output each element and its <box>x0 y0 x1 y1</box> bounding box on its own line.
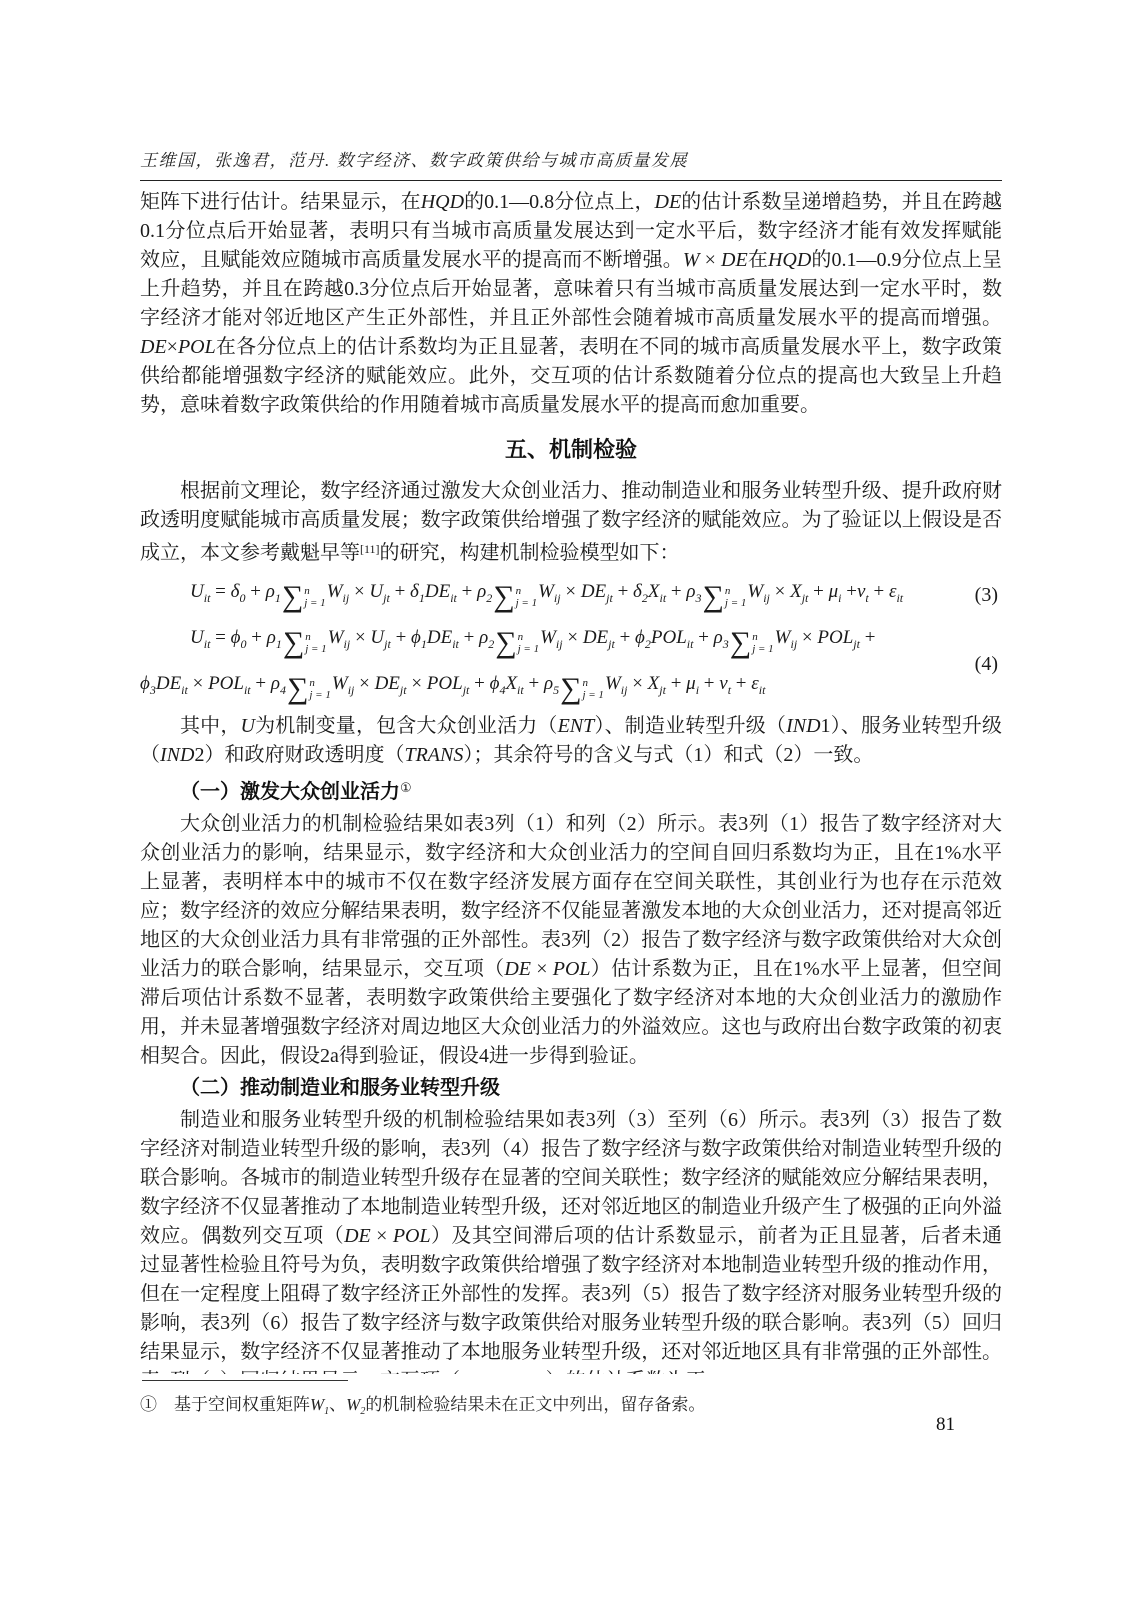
subsection-title-industry-upgrade: （二）推动制造业和服务业转型升级 <box>140 1074 1002 1103</box>
equation-4-line-2: ϕ3DEit × POLit + ρ4∑nj = 1Wij × DEjt × P… <box>140 664 975 710</box>
footnote: ① 基于空间权重矩阵W1、W2的机制检验结果未在正文中列出，留存备索。 <box>140 1392 1002 1419</box>
header-rule <box>140 180 1002 181</box>
paragraph-quantile-results: 矩阵下进行估计。结果显示，在HQD的0.1—0.8分位点上，DE的估计系数呈递增… <box>140 188 1002 420</box>
paragraph-industry-upgrade-results: 制造业和服务业转型升级的机制检验结果如表3列（3）至列（6）所示。表3列（3）报… <box>140 1106 1002 1374</box>
subsection-title-entrepreneurship: （一）激发大众创业活力① <box>140 773 1002 807</box>
paragraph-entrepreneurship-results: 大众创业活力的机制检验结果如表3列（1）和列（2）所示。表3列（1）报告了数字经… <box>140 810 1002 1071</box>
page-content: 王维国，张逸君，范丹. 数字经济、数字政策供给与城市高质量发展 矩阵下进行估计。… <box>140 146 1002 1374</box>
equation-block: Uit = δ0 + ρ1∑nj = 1Wij × Ujt + δ1DEit +… <box>140 572 1002 710</box>
equation-4-body: Uit = ϕ0 + ρ1∑nj = 1Wij × Ujt + ϕ1DEit +… <box>140 618 975 710</box>
equation-3-body: Uit = δ0 + ρ1∑nj = 1Wij × Ujt + δ1DEit +… <box>140 572 975 618</box>
paper-page: 王维国，张逸君，范丹. 数字经济、数字政策供给与城市高质量发展 矩阵下进行估计。… <box>0 0 1140 1600</box>
equation-3-number: (3) <box>975 581 1002 610</box>
running-head: 王维国，张逸君，范丹. 数字经济、数字政策供给与城市高质量发展 <box>140 146 1002 171</box>
equation-4: Uit = ϕ0 + ρ1∑nj = 1Wij × Ujt + ϕ1DEit +… <box>140 618 1002 710</box>
footnote-rule <box>142 1380 348 1381</box>
equation-4-line-1: Uit = ϕ0 + ρ1∑nj = 1Wij × Ujt + ϕ1DEit +… <box>140 618 975 664</box>
equation-3: Uit = δ0 + ρ1∑nj = 1Wij × Ujt + δ1DEit +… <box>140 572 1002 618</box>
body-text: 矩阵下进行估计。结果显示，在HQD的0.1—0.8分位点上，DE的估计系数呈递增… <box>140 188 1002 1374</box>
paragraph-mechanism-intro: 根据前文理论，数字经济通过激发大众创业活力、推动制造业和服务业转型升级、提升政府… <box>140 477 1002 568</box>
paragraph-variable-definitions: 其中，U为机制变量，包含大众创业活力（ENT）、制造业转型升级（IND1）、服务… <box>140 712 1002 770</box>
footnote-area: ① 基于空间权重矩阵W1、W2的机制检验结果未在正文中列出，留存备索。 <box>140 1380 1002 1419</box>
equation-4-number: (4) <box>975 650 1002 679</box>
page-number: 81 <box>936 1414 955 1436</box>
section-title-mechanism-test: 五、机制检验 <box>140 435 1002 464</box>
